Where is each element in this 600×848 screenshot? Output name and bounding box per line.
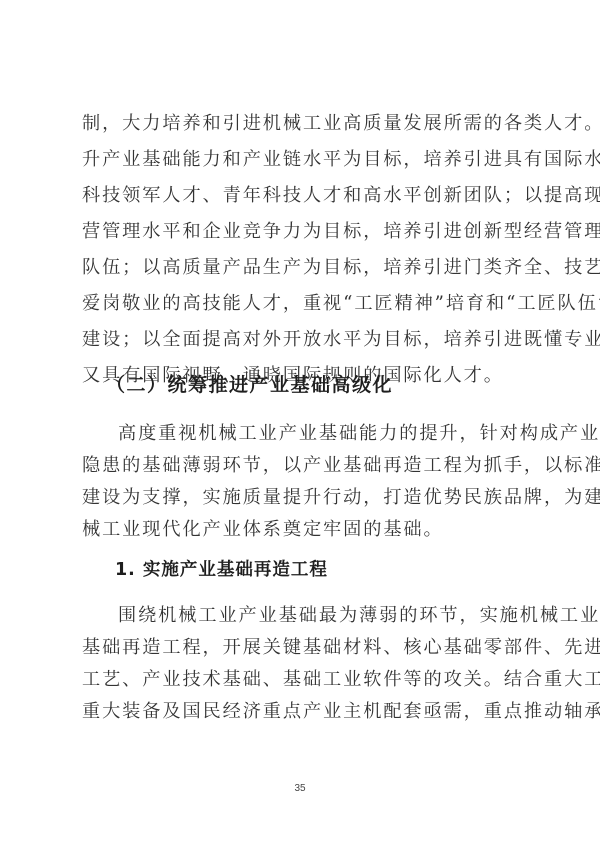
section-heading: （二）统筹推进产业基础高级化	[106, 373, 393, 397]
text-line: 建设；以全面提高对外开放水平为目标，培养引进既懂专业技术，	[82, 328, 526, 352]
text-line: 重大装备及国民经济重点产业主机配套亟需，重点推动轴承、齿	[82, 700, 526, 724]
text-line: 制，大力培养和引进机械工业高质量发展所需的各类人才。以提	[82, 112, 526, 136]
text-line: 围绕机械工业产业基础最为薄弱的环节，实施机械工业产业	[118, 604, 526, 628]
text-line: 高度重视机械工业产业基础能力的提升，针对构成产业安全	[118, 422, 526, 446]
document-page: 制，大力培养和引进机械工业高质量发展所需的各类人才。以提 升产业基础能力和产业链…	[0, 0, 600, 848]
page-number: 35	[0, 783, 600, 794]
text-line: 队伍；以高质量产品生产为目标，培养引进门类齐全、技艺精湛、	[82, 256, 526, 280]
text-line: 隐患的基础薄弱环节，以产业基础再造工程为抓手，以标准体系	[82, 454, 526, 478]
text-line: 建设为支撑，实施质量提升行动，打造优势民族品牌，为建设机	[82, 486, 526, 510]
text-line: 科技领军人才、青年科技人才和高水平创新团队；以提高现代经	[82, 184, 526, 208]
text-line: 升产业基础能力和产业链水平为目标，培养引进具有国际水平的	[82, 148, 526, 172]
text-line: 营管理水平和企业竞争力为目标，培养引进创新型经营管理人才	[82, 220, 526, 244]
text-line: 工艺、产业技术基础、基础工业软件等的攻关。结合重大工程、	[82, 668, 526, 692]
text-line: 械工业现代化产业体系奠定牢固的基础。	[82, 518, 526, 542]
text-line: 基础再造工程，开展关键基础材料、核心基础零部件、先进基础	[82, 636, 526, 660]
subsection-heading: 1. 实施产业基础再造工程	[115, 558, 328, 582]
text-line: 爱岗敬业的高技能人才，重视“工匠精神”培育和“工匠队伍”	[82, 292, 526, 316]
